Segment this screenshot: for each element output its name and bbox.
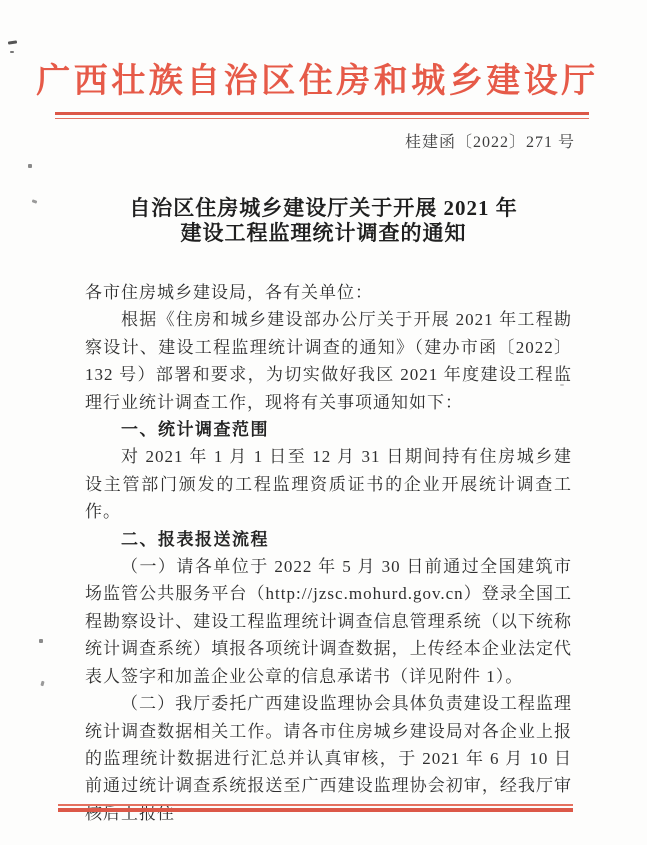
section-heading-1: 一、统计调查范围: [85, 416, 572, 443]
document-body: 各市住房城乡建设局，各有关单位： 根据《住房和城乡建设部办公厅关于开展 2021…: [85, 279, 572, 827]
divider-thin-line: [55, 118, 589, 120]
scan-artifact: [28, 164, 32, 168]
document-number: 桂建函〔2022〕271 号: [405, 132, 575, 154]
scan-artifact: [39, 639, 43, 643]
notice-title: 自治区住房城乡建设厅关于开展 2021 年 建设工程监理统计调查的通知: [0, 196, 647, 246]
paragraph-submission-step-1: （一）请各单位于 2022 年 5 月 30 日前通过全国建筑市场监管公共服务平…: [85, 553, 572, 690]
section-heading-2: 二、报表报送流程: [85, 526, 572, 553]
paragraph-survey-scope: 对 2021 年 1 月 1 日至 12 月 31 日期间持有住房城乡建设主管部…: [85, 443, 572, 525]
paragraph-basis: 根据《住房和城乡建设部办公厅关于开展 2021 年工程勘察设计、建设工程监理统计…: [85, 306, 572, 416]
divider-thick-line: [55, 112, 589, 115]
scan-artifact: [40, 681, 44, 687]
notice-title-line2: 建设工程监理统计调查的通知: [0, 221, 647, 246]
divider-thick-line: [58, 808, 573, 812]
document-page: 广西壮族自治区住房和城乡建设厅 桂建函〔2022〕271 号 自治区住房城乡建设…: [0, 0, 647, 845]
scan-artifact: [10, 51, 14, 53]
letterhead-divider: [55, 112, 589, 119]
divider-thin-line: [58, 804, 573, 806]
notice-title-line1: 自治区住房城乡建设厅关于开展 2021 年: [0, 196, 647, 221]
agency-name: 广西壮族自治区住房和城乡建设厅: [0, 62, 641, 102]
footer-divider: [58, 804, 573, 812]
salutation: 各市住房城乡建设局，各有关单位：: [85, 279, 572, 306]
scan-artifact: [8, 40, 17, 44]
